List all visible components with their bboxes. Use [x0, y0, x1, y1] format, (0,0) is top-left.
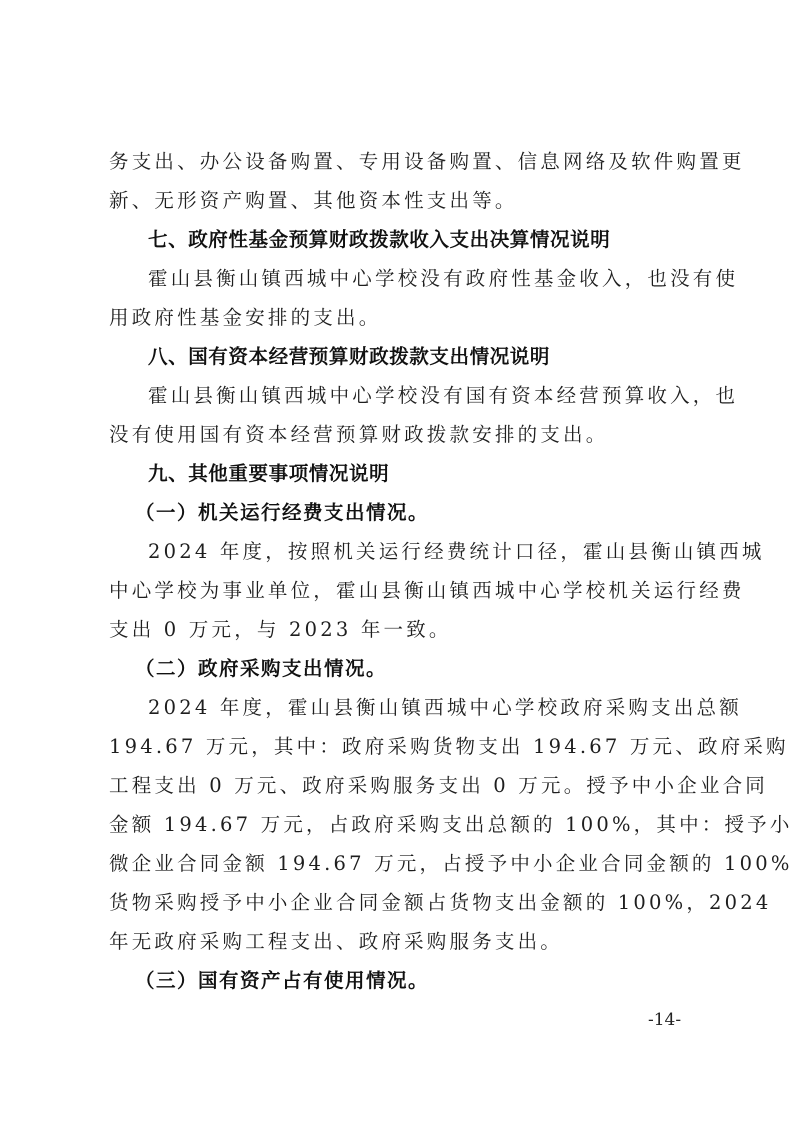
paragraph-line: 新、无形资产购置、其他资本性支出等。	[109, 186, 689, 216]
paragraph-line: 霍山县衡山镇西城中心学校没有国有资本经营预算收入，也	[148, 381, 728, 411]
section-heading-7: 七、政府性基金预算财政拨款收入支出决算情况说明	[148, 225, 610, 255]
subsection-heading-3: （三）国有资产占有使用情况。	[135, 966, 429, 996]
page-number: -14-	[648, 1008, 681, 1032]
paragraph-line: 中心学校为事业单位，霍山县衡山镇西城中心学校机关运行经费	[109, 576, 689, 606]
paragraph-line: 工程支出 0 万元、政府采购服务支出 0 万元。授予中小企业合同	[109, 771, 689, 801]
paragraph-line: 货物采购授予中小企业合同金额占货物支出金额的 100%，2024	[109, 888, 689, 918]
paragraph-line: 支出 0 万元，与 2023 年一致。	[109, 615, 689, 645]
paragraph-line: 微企业合同金额 194.67 万元，占授予中小企业合同金额的 100%；	[109, 849, 689, 879]
document-page: 务支出、办公设备购置、专用设备购置、信息网络及软件购置更 新、无形资产购置、其他…	[0, 0, 793, 1122]
paragraph-line: 2024 年度，霍山县衡山镇西城中心学校政府采购支出总额	[148, 693, 728, 723]
paragraph-line: 年无政府采购工程支出、政府采购服务支出。	[109, 927, 689, 957]
subsection-heading-1: （一）机关运行经费支出情况。	[135, 498, 429, 528]
section-heading-9: 九、其他重要事项情况说明	[148, 459, 389, 489]
paragraph-line: 用政府性基金安排的支出。	[109, 303, 689, 333]
paragraph-line: 没有使用国有资本经营预算财政拨款安排的支出。	[109, 420, 689, 450]
paragraph-line: 194.67 万元，其中：政府采购货物支出 194.67 万元、政府采购	[109, 732, 689, 762]
paragraph-line: 金额 194.67 万元，占政府采购支出总额的 100%，其中：授予小	[109, 810, 689, 840]
section-heading-8: 八、国有资本经营预算财政拨款支出情况说明	[148, 342, 550, 372]
paragraph-line: 2024 年度，按照机关运行经费统计口径，霍山县衡山镇西城	[148, 537, 728, 567]
paragraph-line: 务支出、办公设备购置、专用设备购置、信息网络及软件购置更	[109, 147, 689, 177]
subsection-heading-2: （二）政府采购支出情况。	[135, 654, 387, 684]
paragraph-line: 霍山县衡山镇西城中心学校没有政府性基金收入，也没有使	[148, 264, 728, 294]
